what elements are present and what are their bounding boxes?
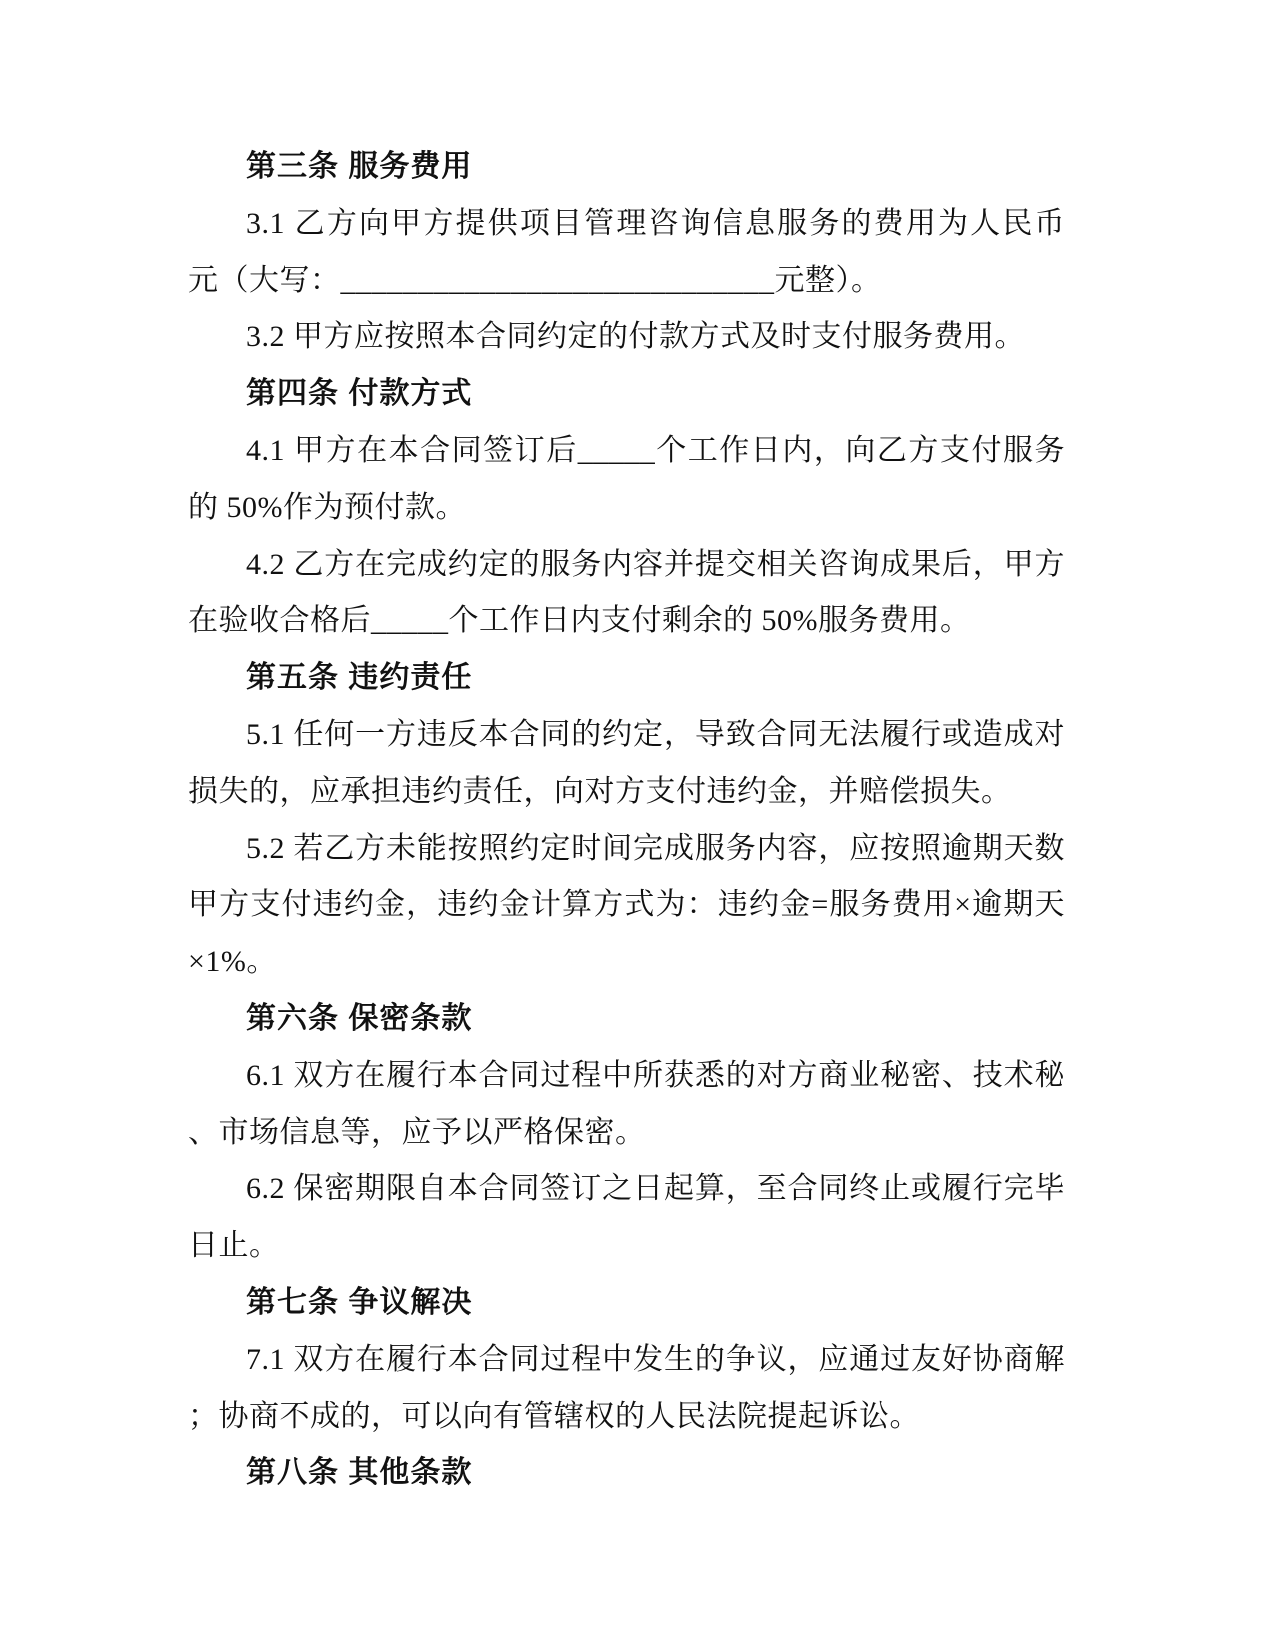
paragraph-line: 7.1 双方在履行本合同过程中发生的争议，应通过友好协商解决 (188, 1332, 1065, 1389)
paragraph-line: 在验收合格后_____个工作日内支付剩余的 50%服务费用。 (188, 593, 1065, 650)
article-heading: 第五条 违约责任 (188, 650, 1065, 707)
paragraph-line: 、市场信息等，应予以严格保密。 (188, 1105, 1065, 1162)
paragraph-line: ；协商不成的，可以向有管辖权的人民法院提起诉讼。 (188, 1389, 1065, 1446)
paragraph-line: 5.1 任何一方违反本合同的约定，导致合同无法履行或造成对方 (188, 707, 1065, 764)
article-heading: 第六条 保密条款 (188, 991, 1065, 1048)
article-heading: 第八条 其他条款 (188, 1445, 1065, 1502)
paragraph-line: 日止。 (188, 1218, 1065, 1275)
paragraph-line: 甲方支付违约金，违约金计算方式为：违约金=服务费用×逾期天数 (188, 877, 1065, 934)
document-body: 第三条 服务费用3.1 乙方向甲方提供项目管理咨询信息服务的费用为人民币____… (188, 139, 1065, 1502)
paragraph-line: 5.2 若乙方未能按照约定时间完成服务内容，应按照逾期天数向 (188, 821, 1065, 878)
article-heading: 第四条 付款方式 (188, 366, 1065, 423)
paragraph-line: 4.1 甲方在本合同签订后_____个工作日内，向乙方支付服务费用 (188, 423, 1065, 480)
article-heading: 第七条 争议解决 (188, 1275, 1065, 1332)
paragraph-line: 3.1 乙方向甲方提供项目管理咨询信息服务的费用为人民币____ (188, 196, 1065, 253)
paragraph-line: 6.2 保密期限自本合同签订之日起算，至合同终止或履行完毕之 (188, 1161, 1065, 1218)
paragraph-line: 3.2 甲方应按照本合同约定的付款方式及时支付服务费用。 (188, 309, 1065, 366)
article-heading: 第三条 服务费用 (188, 139, 1065, 196)
paragraph-line: 损失的，应承担违约责任，向对方支付违约金，并赔偿损失。 (188, 764, 1065, 821)
paragraph-line: ×1%。 (188, 934, 1065, 991)
paragraph-line: 的 50%作为预付款。 (188, 480, 1065, 537)
paragraph-line: 6.1 双方在履行本合同过程中所获悉的对方商业秘密、技术秘密 (188, 1048, 1065, 1105)
paragraph-line: 元（大写：____________________________元整）。 (188, 253, 1065, 310)
paragraph-line: 4.2 乙方在完成约定的服务内容并提交相关咨询成果后，甲方应 (188, 537, 1065, 594)
contract-page: 第三条 服务费用3.1 乙方向甲方提供项目管理咨询信息服务的费用为人民币____… (0, 0, 1275, 1650)
